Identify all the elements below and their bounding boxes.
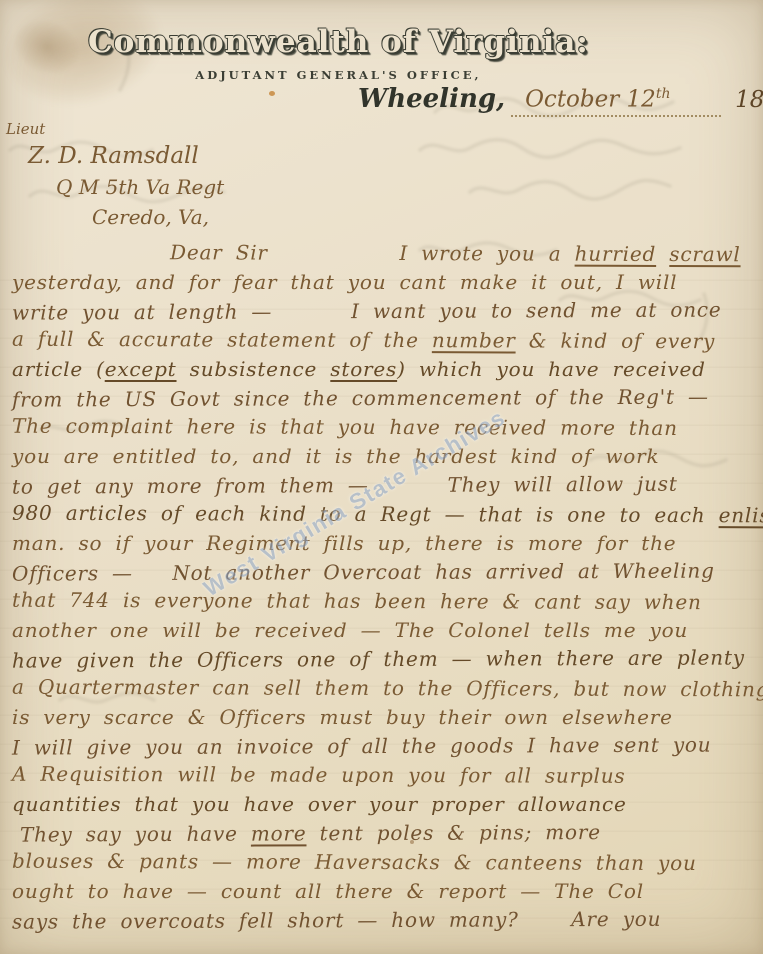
dateline: Wheeling, October 12th 1861 xyxy=(358,84,763,117)
recipient-name: Z. D. Ramsdall xyxy=(28,143,199,169)
letter-text: subsistence xyxy=(177,357,331,381)
letter-text: you are entitled to, and it is the harde… xyxy=(12,444,659,468)
letter-line: article (except subsistence stores) whic… xyxy=(12,355,753,384)
letter-text: ought to have — count all there & report… xyxy=(12,879,644,903)
letter-line: a Quartermaster can sell them to the Off… xyxy=(12,673,753,705)
letter-line: have given the Officers one of them — wh… xyxy=(12,643,753,675)
letter-text: ) which you have received xyxy=(397,357,706,381)
letter-text: that 744 is everyone that has been here … xyxy=(12,588,702,614)
letter-line: you are entitled to, and it is the harde… xyxy=(12,442,753,471)
letter-text: article ( xyxy=(12,357,105,381)
letter-text: man. so if your Regiment fills up, there… xyxy=(12,531,676,555)
letter-line: ought to have — count all there & report… xyxy=(12,877,753,906)
letter-line: They say you have more tent poles & pins… xyxy=(12,817,753,849)
letter-line: says the overcoats fell short — how many… xyxy=(12,904,753,936)
letter-text: is very scarce & Officers must buy their… xyxy=(12,705,673,729)
dateline-date-suffix: th xyxy=(656,86,671,102)
letter-text: write you at length — I want you to send… xyxy=(12,298,722,325)
letter-text: tent poles & pins; more xyxy=(306,820,601,845)
letter-line: from the US Govt since the commencement … xyxy=(12,382,753,414)
letter-text: yesterday, and for fear that you cant ma… xyxy=(12,270,677,294)
letter-text: a full & accurate statement of the xyxy=(12,327,432,352)
letter-text: from the US Govt since the commencement … xyxy=(12,385,709,412)
underlined-word: scrawl xyxy=(669,242,740,266)
letter-line: man. so if your Regiment fills up, there… xyxy=(12,529,753,558)
letter-text: another one will be received — The Colon… xyxy=(12,618,688,642)
letter-text: A Requisition will be made upon you for … xyxy=(12,762,626,788)
recipient-rank: Lieut xyxy=(6,120,45,138)
letter-line: I will give you an invoice of all the go… xyxy=(12,730,753,762)
recipient-location: Ceredo, Va, xyxy=(92,205,209,229)
letter-page: Commonwealth of Virginia: ADJUTANT GENER… xyxy=(0,0,763,954)
letter-line: A Requisition will be made upon you for … xyxy=(12,760,753,792)
letter-line: Officers — Not another Overcoat has arri… xyxy=(12,556,753,588)
letter-line: another one will be received — The Colon… xyxy=(12,616,753,645)
letter-text: says the overcoats fell short — how many… xyxy=(12,907,661,934)
dateline-date-text: October 12 xyxy=(525,87,656,113)
letter-text: a Quartermaster can sell them to the Off… xyxy=(12,675,763,702)
letter-text: I will give you an invoice of all the go… xyxy=(12,733,712,760)
letter-text: & kind of every xyxy=(516,328,716,353)
letter-text: blouses & pants — more Haversacks & cant… xyxy=(12,849,697,875)
underlined-word: stores xyxy=(330,357,397,381)
letter-line: 980 articles of each kind to a Regt — th… xyxy=(12,499,753,531)
dateline-date: October 12th xyxy=(511,86,721,117)
letter-line: Dear Sir I wrote you a hurried scrawl xyxy=(12,238,753,270)
letter-line: a full & accurate statement of the numbe… xyxy=(12,325,753,357)
recipient-unit: Q M 5th Va Regt xyxy=(56,175,224,199)
underlined-word: number xyxy=(432,328,516,352)
letter-line: blouses & pants — more Haversacks & cant… xyxy=(12,847,753,879)
letter-text: Dear Sir I wrote you a xyxy=(170,240,575,265)
letter-line: is very scarce & Officers must buy their… xyxy=(12,703,753,732)
underlined-word: hurried xyxy=(575,242,657,266)
letterhead-subtitle: ADJUTANT GENERAL'S OFFICE, xyxy=(88,68,589,82)
letter-line: quantities that you have over your prope… xyxy=(12,790,753,819)
underlined-word: more xyxy=(251,821,307,845)
letter-line: write you at length — I want you to send… xyxy=(12,295,753,327)
letter-text xyxy=(656,242,669,266)
letter-line: yesterday, and for fear that you cant ma… xyxy=(12,268,753,297)
underlined-word: enlisted xyxy=(719,503,763,527)
letter-text: quantities that you have over your prope… xyxy=(12,792,627,816)
letterhead: Commonwealth of Virginia: ADJUTANT GENER… xyxy=(88,24,589,82)
letterhead-title: Commonwealth of Virginia: xyxy=(88,24,589,60)
letter-body: Dear Sir I wrote you a hurried scrawlyes… xyxy=(12,239,753,935)
underlined-word: except xyxy=(105,357,177,381)
letter-text: Officers — Not another Overcoat has arri… xyxy=(12,559,715,586)
dateline-year: 1861 xyxy=(735,87,763,113)
letter-line: that 744 is everyone that has been here … xyxy=(12,586,753,618)
dateline-place: Wheeling, xyxy=(358,84,505,114)
letter-text: They say you have xyxy=(20,822,251,847)
letter-text: have given the Officers one of them — wh… xyxy=(12,645,745,672)
letter-text: The complaint here is that you have rece… xyxy=(12,414,678,440)
letter-line: The complaint here is that you have rece… xyxy=(12,412,753,444)
